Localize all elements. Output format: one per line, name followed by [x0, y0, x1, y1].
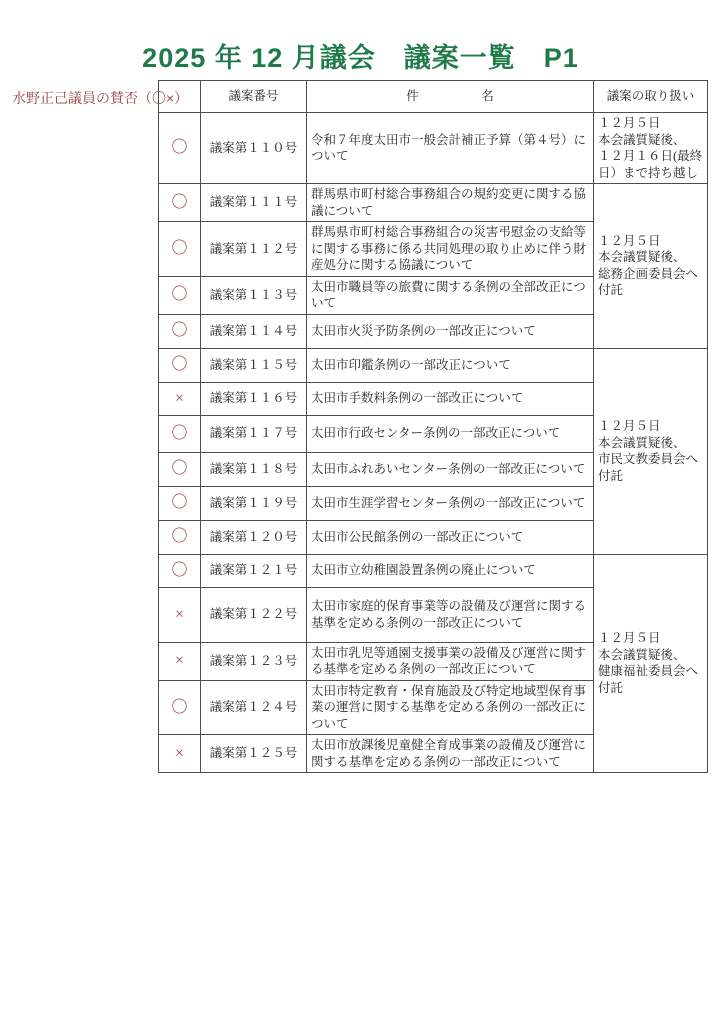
approval-mark: 〇	[159, 554, 201, 587]
bill-number-cell: 議案第１２２号	[201, 587, 307, 642]
approval-mark: 〇	[159, 520, 201, 554]
bill-name-cell: 太田市手数料条例の一部改正について	[307, 382, 594, 415]
bill-name-cell: 太田市火災予防条例の一部改正について	[307, 314, 594, 348]
bill-name-cell: 太田市生涯学習センター条例の一部改正について	[307, 486, 594, 520]
bill-number-cell: 議案第１１８号	[201, 452, 307, 486]
approval-mark: ×	[159, 382, 201, 415]
bill-number-cell: 議案第１１９号	[201, 486, 307, 520]
bill-number-cell: 議案第１１２号	[201, 222, 307, 277]
approval-mark: 〇	[159, 113, 201, 184]
bill-number-cell: 議案第１１３号	[201, 276, 307, 314]
page-title: 2025 年 12 月議会 議案一覧 P1	[0, 36, 721, 75]
handling-cell: １２月５日 本会議質疑後、 総務企画委員会へ付託	[594, 184, 708, 349]
table-row: 〇 議案第１２１号 太田市立幼稚園設置条例の廃止について １２月５日 本会議質疑…	[159, 554, 708, 587]
bill-name-cell: 太田市職員等の旅費に関する条例の全部改正について	[307, 276, 594, 314]
bill-name-cell: 太田市行政センター条例の一部改正について	[307, 415, 594, 452]
bill-number-cell: 議案第１２４号	[201, 680, 307, 735]
bill-name-cell: 太田市公民館条例の一部改正について	[307, 520, 594, 554]
bill-name-cell: 太田市特定教育・保育施設及び特定地域型保育事業の運営に関する基準を定める条例の一…	[307, 680, 594, 735]
bills-table-container: 議案番号 件 名 議案の取り扱い 〇 議案第１１０号 令和７年度太田市一般会計補…	[158, 80, 708, 773]
bill-number-cell: 議案第１２０号	[201, 520, 307, 554]
handling-cell: １２月５日 本会議質疑後、 市民文教委員会へ付託	[594, 348, 708, 554]
table-row: 〇 議案第１１０号 令和７年度太田市一般会計補正予算（第４号）について １２月５…	[159, 113, 708, 184]
approval-mark: 〇	[159, 680, 201, 735]
bills-table: 議案番号 件 名 議案の取り扱い 〇 議案第１１０号 令和７年度太田市一般会計補…	[158, 80, 708, 773]
approval-mark: 〇	[159, 184, 201, 222]
bill-number-cell: 議案第１１６号	[201, 382, 307, 415]
bill-name-cell: 群馬県市町村総合事務組合の規約変更に関する協議について	[307, 184, 594, 222]
approval-mark: ×	[159, 642, 201, 680]
bill-name-cell: 太田市立幼稚園設置条例の廃止について	[307, 554, 594, 587]
bill-number-cell: 議案第１２１号	[201, 554, 307, 587]
approval-mark: 〇	[159, 222, 201, 277]
handling-cell: １２月５日 本会議質疑後、 １２月１６日(最終日）まで持ち越し	[594, 113, 708, 184]
approval-mark: 〇	[159, 415, 201, 452]
bill-name-cell: 太田市乳児等通園支援事業の設備及び運営に関する基準を定める条例の一部改正について	[307, 642, 594, 680]
bill-name-cell: 令和７年度太田市一般会計補正予算（第４号）について	[307, 113, 594, 184]
bill-name-cell: 太田市家庭的保育事業等の設備及び運営に関する基準を定める条例の一部改正について	[307, 587, 594, 642]
table-row: 〇 議案第１１１号 群馬県市町村総合事務組合の規約変更に関する協議について １２…	[159, 184, 708, 222]
bill-number-cell: 議案第１１５号	[201, 348, 307, 382]
approval-mark: 〇	[159, 314, 201, 348]
header-handling: 議案の取り扱い	[594, 81, 708, 113]
bill-name-cell: 群馬県市町村総合事務組合の災害弔慰金の支給等に関する事務に係る共同処理の取り止め…	[307, 222, 594, 277]
approval-mark: 〇	[159, 452, 201, 486]
bill-number-cell: 議案第１１１号	[201, 184, 307, 222]
table-row: 〇 議案第１１５号 太田市印鑑条例の一部改正について １２月５日 本会議質疑後、…	[159, 348, 708, 382]
approval-mark: ×	[159, 735, 201, 773]
bill-name-cell: 太田市ふれあいセンター条例の一部改正について	[307, 452, 594, 486]
approval-mark: 〇	[159, 486, 201, 520]
bill-name-cell: 太田市放課後児童健全育成事業の設備及び運営に関する基準を定める条例の一部改正につ…	[307, 735, 594, 773]
approval-mark: ×	[159, 587, 201, 642]
handling-cell: １２月５日 本会議質疑後、 健康福祉委員会へ付託	[594, 554, 708, 773]
header-bill-name: 件 名	[307, 81, 594, 113]
header-mark-spacer	[159, 81, 201, 113]
bill-number-cell: 議案第１１７号	[201, 415, 307, 452]
approval-mark: 〇	[159, 276, 201, 314]
table-header-row: 議案番号 件 名 議案の取り扱い	[159, 81, 708, 113]
header-bill-number: 議案番号	[201, 81, 307, 113]
bill-name-cell: 太田市印鑑条例の一部改正について	[307, 348, 594, 382]
bill-number-cell: 議案第１１０号	[201, 113, 307, 184]
approval-mark: 〇	[159, 348, 201, 382]
bill-number-cell: 議案第１２３号	[201, 642, 307, 680]
bill-number-cell: 議案第１２５号	[201, 735, 307, 773]
bill-number-cell: 議案第１１４号	[201, 314, 307, 348]
